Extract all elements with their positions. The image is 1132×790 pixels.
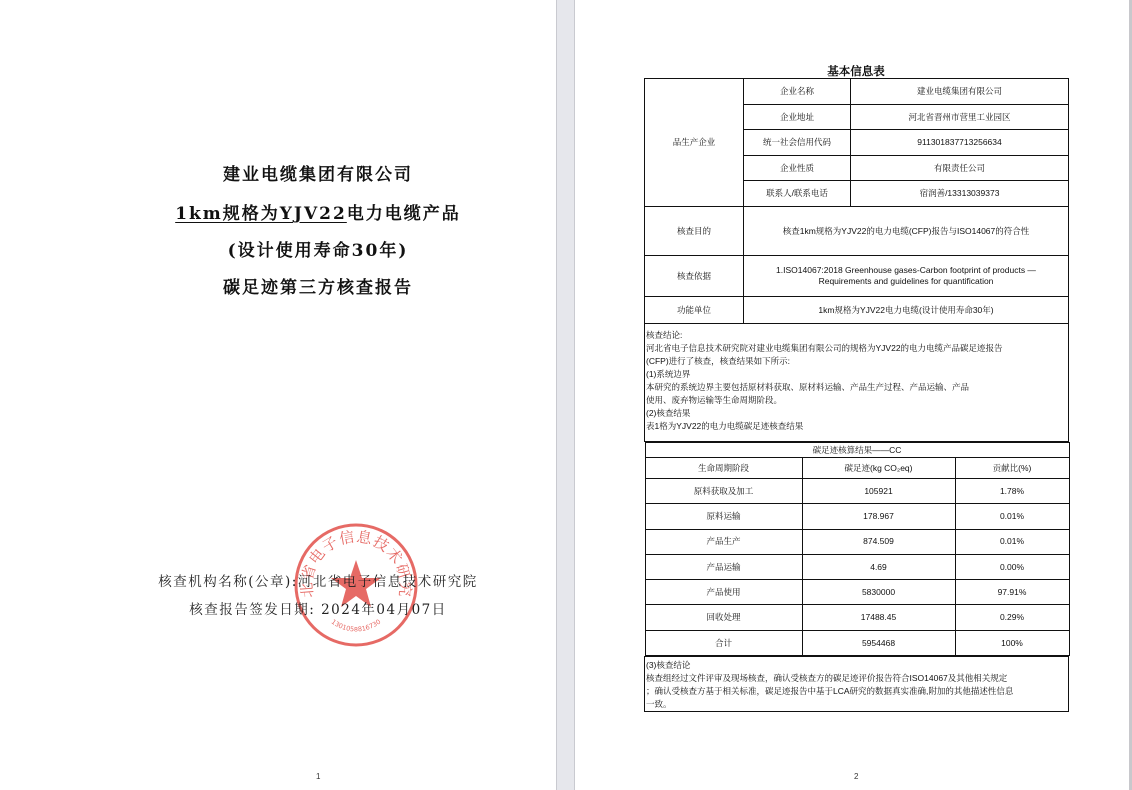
footprint-cell: 5954468 [802,630,955,655]
footprint-cell: 5830000 [802,580,955,605]
footprint-cell: 874.509 [802,529,955,554]
page-number: 1 [316,772,320,781]
table-header-row: 生命周期阶段 碳足迹(kg CO₂eq) 贡献比(%) [645,457,1069,478]
ratio-cell: 0.01% [955,529,1069,554]
final-conclusion-text: (3)核查结论 核查组经过文件评审及现场核查，确认受核查方的碳足迹评价报告符合I… [645,657,1069,712]
footprint-cell: 178.967 [802,504,955,529]
table-row: 产品生产 874.509 0.01% [645,529,1069,554]
table-row: 回收处理 17488.45 0.29% [645,605,1069,630]
conclusion-text: 核查结论: 河北省电子信息技术研究院对建业电缆集团有限公司的规格为YJV22的电… [645,323,1069,441]
functional-unit-value: 1km规格为YJV22电力电缆(设计使用寿命30年) [744,296,1069,323]
table-row: 产品使用 5830000 97.91% [645,580,1069,605]
ratio-cell: 0.29% [955,605,1069,630]
purpose-label: 核查目的 [645,206,744,255]
footprint-cell: 105921 [802,478,955,503]
document-page-2: 基本信息表 品生产企业 企业名称 建业电缆集团有限公司 企业地址 河北省晋州市营… [574,0,1129,790]
carbon-footprint-results-table: 碳足迹核算结果——CC 生命周期阶段 碳足迹(kg CO₂eq) 贡献比(%) … [645,442,1070,656]
table-row: 原料获取及加工 105921 1.78% [645,478,1069,503]
total-row: 合计 5954468 100% [645,630,1069,655]
basis-value: 1.ISO14067:2018 Greenhouse gases-Carbon … [744,255,1069,296]
column-header: 碳足迹(kg CO₂eq) [802,457,955,478]
purpose-value: 核查1km规格为YJV22的电力电缆(CFP)报告与ISO14067的符合性 [744,206,1069,255]
stage-cell: 合计 [645,630,802,655]
org-value: 河北省电子信息技术研究院 [298,574,478,590]
stage-cell: 回收处理 [645,605,802,630]
svg-text:1301058816730: 1301058816730 [330,618,383,634]
product-title: 1km规格为YJV22电力电缆产品 [0,199,636,224]
design-life-subtitle: (设计使用寿命30年) [0,236,636,261]
field-value: 宿润善/13313039373 [851,181,1069,207]
report-type-title: 碳足迹第三方核查报告 [0,273,636,298]
field-label: 企业名称 [744,79,851,105]
org-label: 核查机构名称(公章): [158,574,298,590]
basis-label: 核查依据 [645,255,744,296]
ratio-cell: 97.91% [955,580,1069,605]
product-spec: 1km规格为YJV22 [175,204,347,224]
field-value: 有限责任公司 [851,155,1069,181]
cc-table-title: 碳足迹核算结果——CC [645,442,1069,457]
table-row: 核查结论: 河北省电子信息技术研究院对建业电缆集团有限公司的规格为YJV22的电… [645,323,1069,441]
ratio-cell: 0.00% [955,554,1069,579]
column-header: 贡献比(%) [955,457,1069,478]
table-row: 核查依据 1.ISO14067:2018 Greenhouse gases-Ca… [645,255,1069,296]
table-row: (3)核查结论 核查组经过文件评审及现场核查，确认受核查方的碳足迹评价报告符合I… [645,657,1069,712]
producer-label: 品生产企业 [645,79,744,207]
field-value: 911301837713256634 [851,130,1069,156]
field-value: 河北省晋州市营里工业园区 [851,104,1069,130]
stage-cell: 产品使用 [645,580,802,605]
table-row: 碳足迹核算结果——CC 生命周期阶段 碳足迹(kg CO₂eq) 贡献比(%) … [645,441,1069,656]
page-number: 2 [854,772,858,781]
ratio-cell: 0.01% [955,504,1069,529]
field-label: 企业性质 [744,155,851,181]
verification-org: 核查机构名称(公章):河北省电子信息技术研究院 [0,570,636,590]
cc-table-container: 碳足迹核算结果——CC 生命周期阶段 碳足迹(kg CO₂eq) 贡献比(%) … [645,441,1069,656]
footprint-cell: 4.69 [802,554,955,579]
basic-info-table: 品生产企业 企业名称 建业电缆集团有限公司 企业地址 河北省晋州市营里工业园区 … [644,78,1069,712]
stage-cell: 产品运输 [645,554,802,579]
field-label: 企业地址 [744,104,851,130]
date-value: 2024年04月07日 [321,602,447,618]
ratio-cell: 100% [955,630,1069,655]
table-row: 功能单位 1km规格为YJV22电力电缆(设计使用寿命30年) [645,296,1069,323]
table-row: 品生产企业 企业名称 建业电缆集团有限公司 [645,79,1069,105]
company-title: 建业电缆集团有限公司 [0,160,636,185]
issue-date: 核查报告签发日期: 2024年04月07日 [0,598,636,618]
table-row: 产品运输 4.69 0.00% [645,554,1069,579]
document-page-1: 建业电缆集团有限公司 1km规格为YJV22电力电缆产品 (设计使用寿命30年)… [0,0,557,790]
ratio-cell: 1.78% [955,478,1069,503]
field-label: 联系人/联系电话 [744,181,851,207]
product-name: 电力电缆产品 [347,204,461,224]
footprint-cell: 17488.45 [802,605,955,630]
functional-unit-label: 功能单位 [645,296,744,323]
column-header: 生命周期阶段 [645,457,802,478]
stage-cell: 原料获取及加工 [645,478,802,503]
table-row: 原料运输 178.967 0.01% [645,504,1069,529]
field-value: 建业电缆集团有限公司 [851,79,1069,105]
stage-cell: 产品生产 [645,529,802,554]
stage-cell: 原料运输 [645,504,802,529]
basic-info-table-title: 基本信息表 [644,63,1068,79]
field-label: 统一社会信用代码 [744,130,851,156]
table-row: 核查目的 核查1km规格为YJV22的电力电缆(CFP)报告与ISO14067的… [645,206,1069,255]
table-title-row: 碳足迹核算结果——CC [645,442,1069,457]
date-label: 核查报告签发日期: [189,602,315,618]
